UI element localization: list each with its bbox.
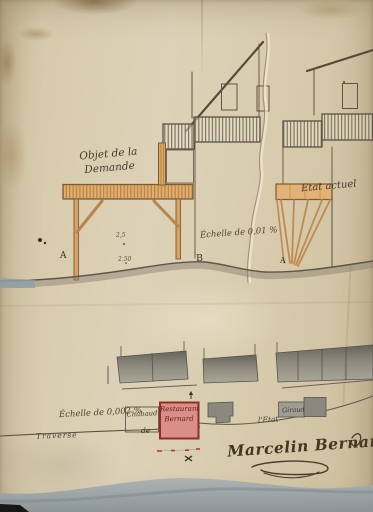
support-post	[74, 199, 79, 280]
elevation-right-house	[283, 50, 373, 184]
diagonal-brace	[154, 201, 178, 226]
support-post	[176, 199, 181, 259]
scale-bar-ticks	[157, 449, 200, 461]
etat-parcel-label: l'Etat	[258, 414, 279, 424]
paper-tear	[247, 33, 269, 283]
plan-building	[208, 402, 233, 423]
giraud-label: Giraud	[282, 406, 305, 415]
balcony-railing	[283, 114, 373, 147]
window	[343, 84, 358, 109]
diagonal-brace	[77, 201, 102, 232]
restaurant-line1: Restaurant	[160, 405, 199, 414]
balcony-railing	[163, 117, 260, 149]
dimension-lower: 2.50	[118, 256, 131, 263]
ground-line	[0, 261, 373, 288]
dimension-upper: 2,5	[116, 232, 126, 239]
chabaud-label: Chabaud	[126, 409, 158, 419]
road-name-word1: Traverse	[36, 430, 78, 440]
north-mark-icon	[189, 391, 193, 399]
marker-a-left: A	[60, 251, 67, 261]
ink-specks	[38, 238, 127, 264]
river-edge-wash	[0, 278, 35, 288]
objet-demande-label: Objet de la Demande	[75, 144, 143, 178]
plan-roof-blocks	[108, 341, 373, 389]
marker-b: B	[196, 253, 203, 264]
door-opening	[167, 150, 194, 183]
road-name-word2: de	[141, 426, 150, 435]
restaurant-line2: Bernard	[164, 414, 193, 423]
river-wash	[0, 478, 373, 512]
marker-a-right: A	[280, 256, 286, 265]
plan-building	[304, 398, 326, 417]
scanned-drawing-sheet: Objet de la Demande Etat actuel Échelle …	[0, 0, 373, 512]
existing-platform-structure	[276, 184, 332, 266]
restaurant-bernard-label: Restaurant Bernard	[160, 405, 198, 425]
